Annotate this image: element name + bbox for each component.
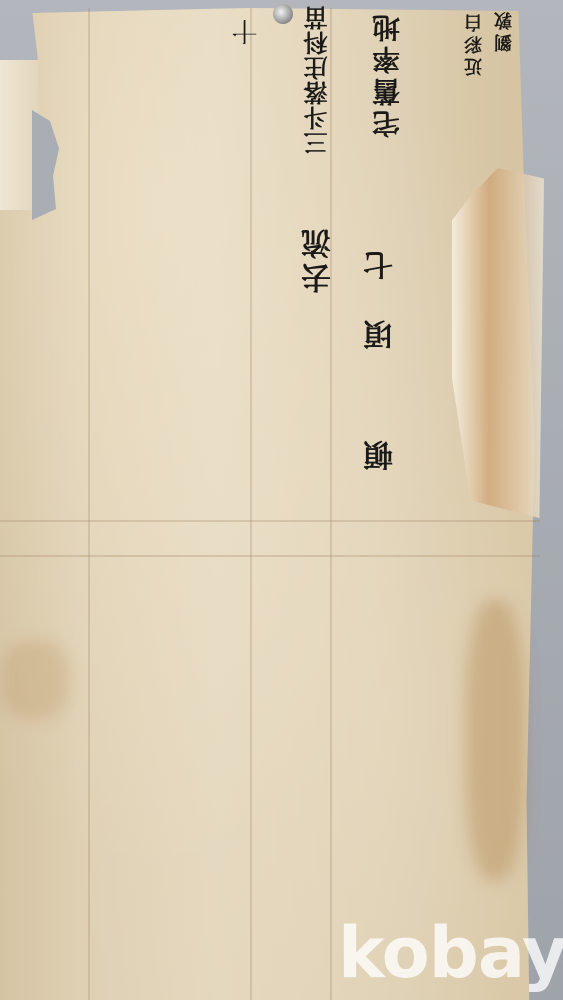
push-pin bbox=[273, 4, 293, 24]
ink-column-6: 去流 bbox=[298, 225, 342, 293]
ink-column-2: 近彩白 bbox=[462, 10, 488, 76]
ink-column-3: 宅舊率地 bbox=[368, 10, 408, 138]
aged-paper-document bbox=[0, 8, 540, 1000]
vertical-fold-line bbox=[88, 8, 90, 1000]
ink-column-5: 頓 頃七 bbox=[360, 210, 404, 470]
water-stain bbox=[465, 600, 525, 880]
vertical-fold-line bbox=[250, 8, 252, 1000]
horizontal-fold-line bbox=[0, 555, 540, 557]
water-stain bbox=[0, 640, 70, 720]
repair-tape-right bbox=[452, 168, 544, 518]
ink-mark: 十 bbox=[228, 15, 265, 45]
horizontal-fold-line bbox=[0, 520, 540, 522]
vertical-fold-line bbox=[330, 8, 332, 1000]
ink-column-4: 三斗落庄科苗 bbox=[300, 5, 335, 155]
kobay-watermark: kobay bbox=[338, 918, 563, 988]
ink-column-1: 劉敦 bbox=[492, 8, 518, 52]
